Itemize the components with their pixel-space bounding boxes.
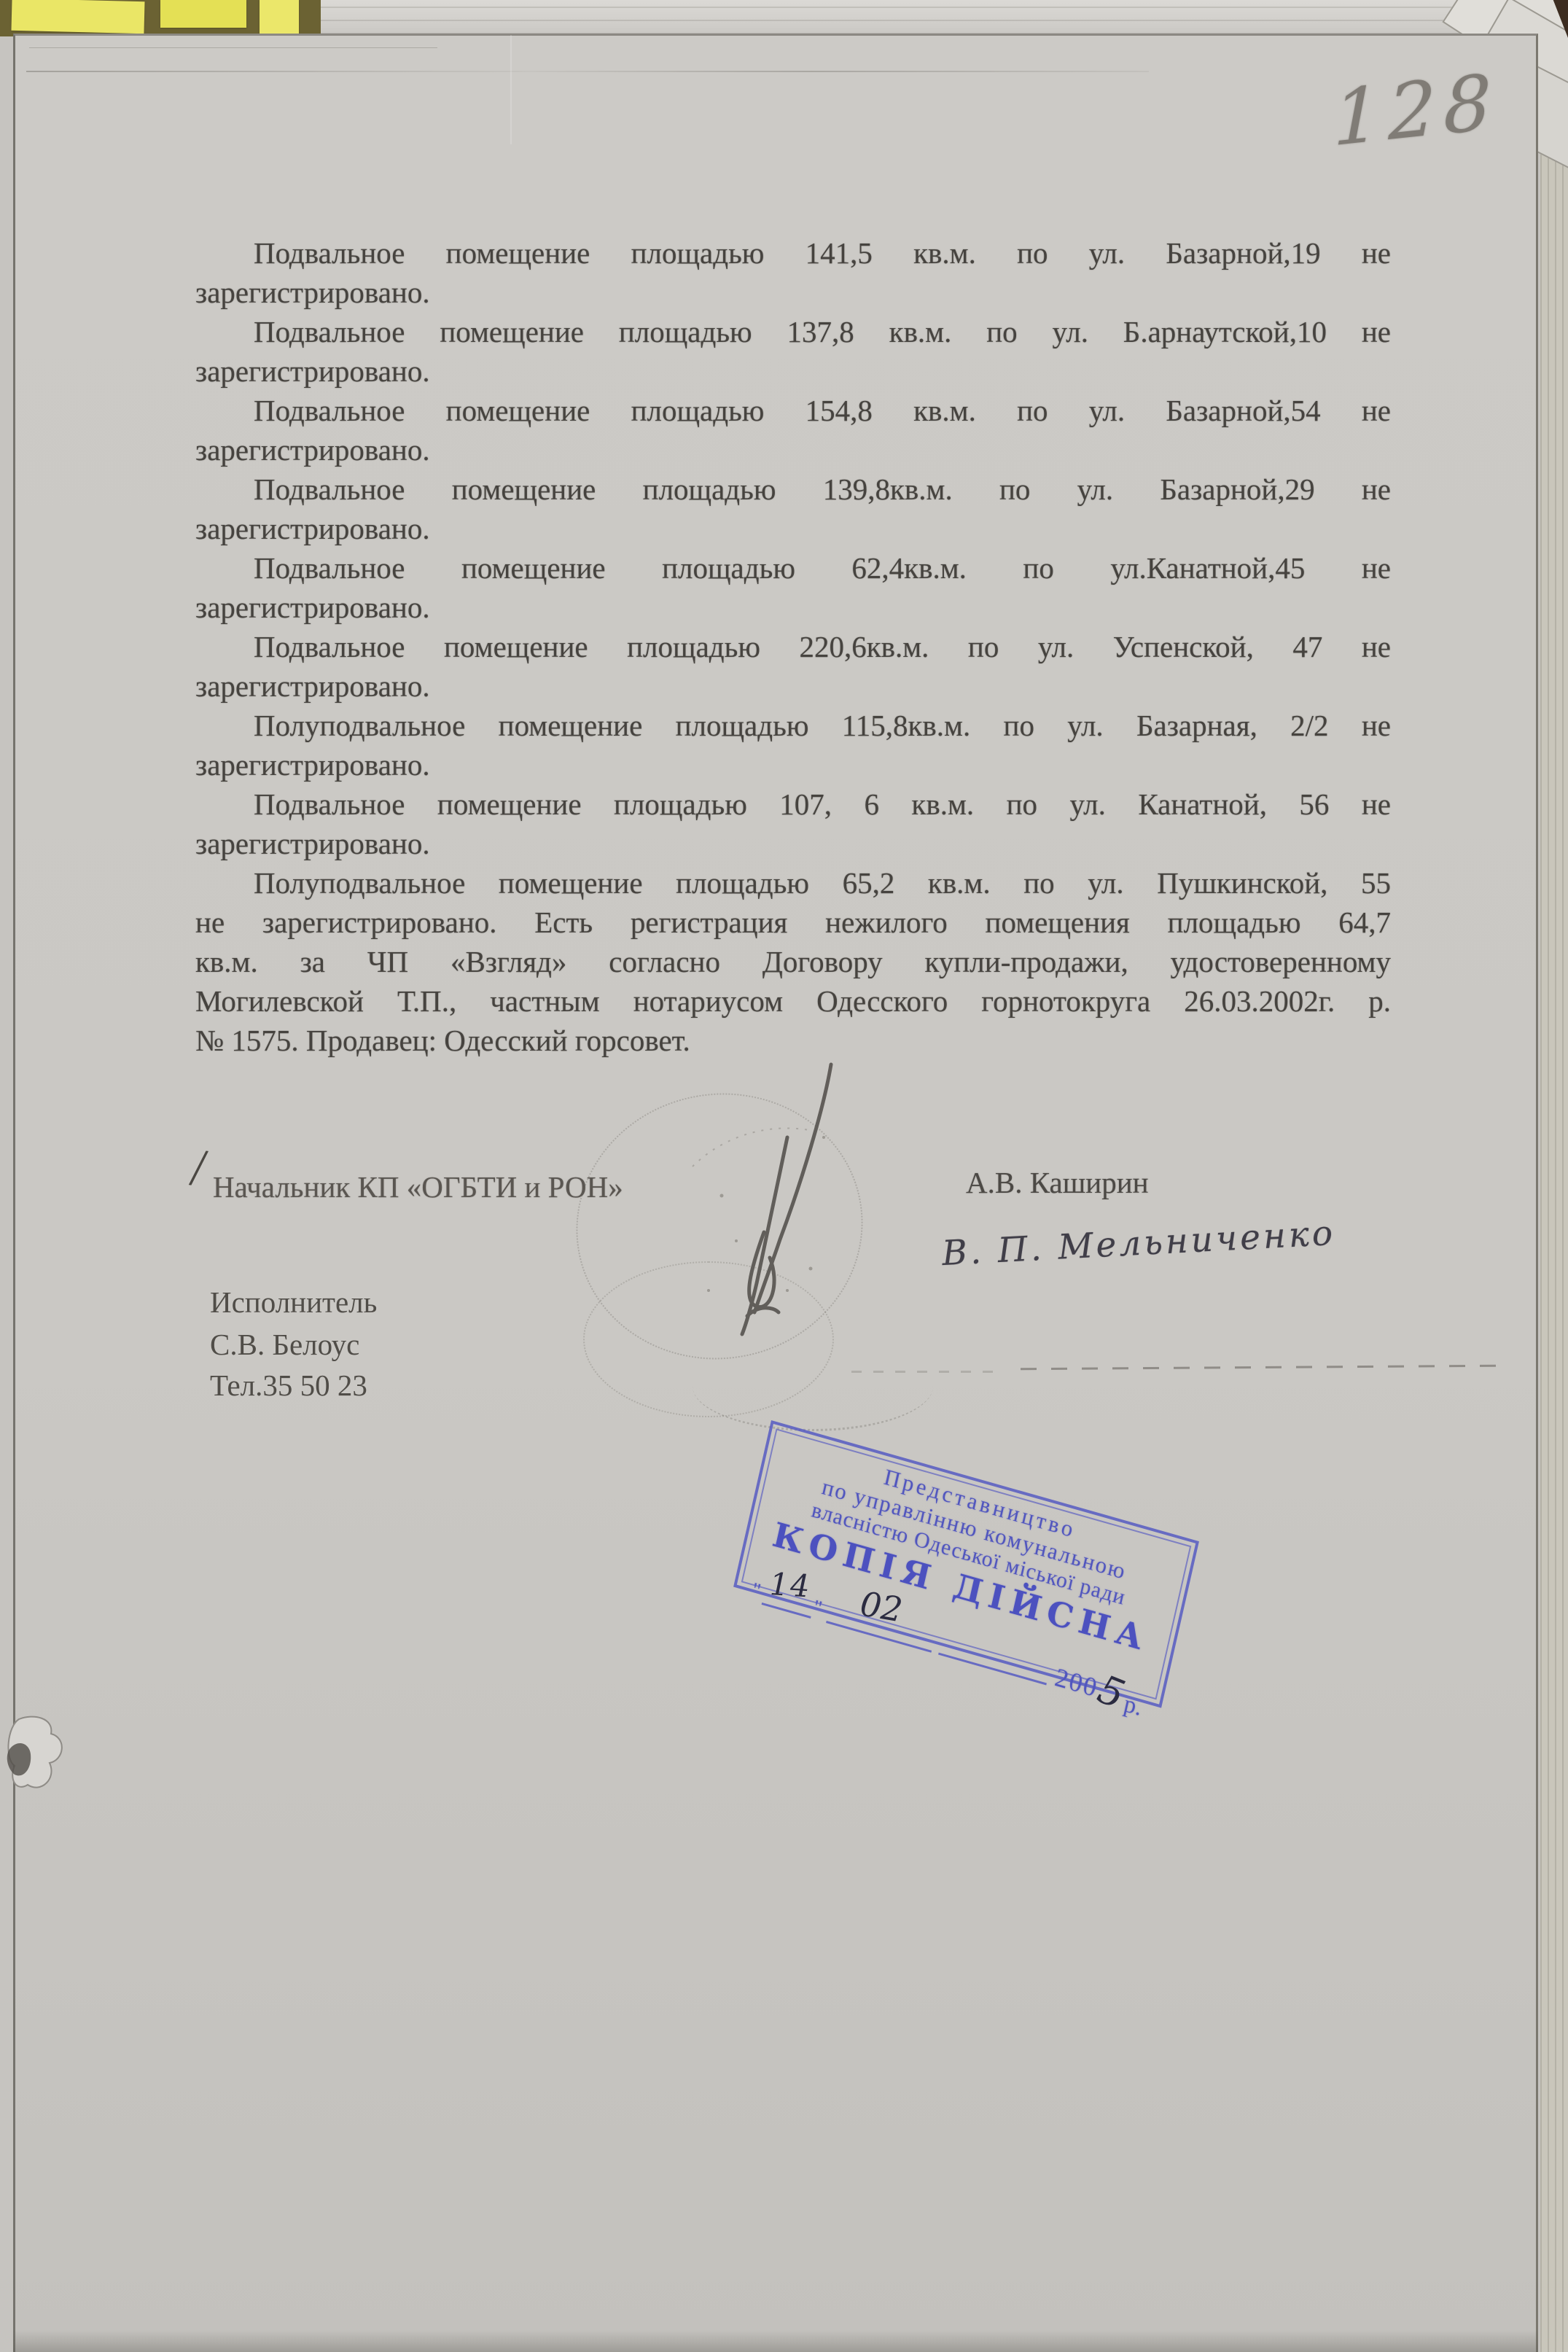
scan-hairline — [29, 47, 437, 48]
document-line: Полуподвальное помещение площадью 115,8к… — [195, 706, 1391, 745]
right-page-edge-streaks — [1540, 0, 1568, 2352]
executor-name: С.В. Белоус — [210, 1327, 359, 1362]
document-line: не зарегистрировано. Есть регистрация не… — [195, 903, 1391, 942]
stamp-quote-open: " — [749, 1578, 762, 1603]
document-line: Подвальное помещение площадью 62,4кв.м. … — [195, 548, 1391, 588]
document-line: зарегистрировано. — [195, 273, 1391, 312]
document-line: Подвальное помещение площадью 141,5 кв.м… — [195, 233, 1391, 273]
document-text: Подвальное помещение площадью 141,5 кв.м… — [195, 233, 1391, 1060]
scan-hairline — [26, 71, 1149, 72]
yellow-sticky-note — [11, 0, 144, 34]
paper-tear — [1, 1710, 74, 1801]
signer-title: Начальник КП «ОГБТИ и РОН» — [213, 1169, 623, 1204]
document-line: Полуподвальное помещение площадью 65,2 к… — [195, 863, 1391, 903]
document-line: зарегистрировано. — [195, 351, 1391, 391]
handwritten-month: 02 — [858, 1584, 905, 1630]
document-line: кв.м. за ЧП «Взгляд» согласно Договору к… — [195, 942, 1391, 981]
scanned-document-photo: 128 Подвальное помещение площадью 141,5 … — [0, 0, 1568, 2352]
document-line: зарегистрировано. — [195, 430, 1391, 470]
executor-label: Исполнитель — [210, 1285, 377, 1320]
document-line: Подвальное помещение площадью 220,6кв.м.… — [195, 627, 1391, 666]
yellow-sticky-note — [260, 0, 299, 34]
paper-crease — [510, 35, 512, 144]
sticky-notes-zone — [0, 0, 321, 36]
handwritten-day: 14 — [770, 1566, 812, 1605]
document-line: Подвальное помещение площадью 154,8 кв.м… — [195, 391, 1391, 430]
document-line: зарегистрировано. — [195, 509, 1391, 548]
document-line: зарегистрировано. — [195, 745, 1391, 784]
underlying-pages-edges — [313, 0, 1568, 36]
yellow-sticky-note — [160, 0, 246, 28]
document-line: зарегистрировано. — [195, 666, 1391, 706]
signer-name: А.В. Каширин — [966, 1165, 1149, 1200]
document-line: зарегистрировано. — [195, 588, 1391, 627]
handwritten-page-number: 128 — [1333, 57, 1499, 164]
document-line: Подвальное помещение площадью 107, 6 кв.… — [195, 784, 1391, 824]
executor-phone: Тел.35 50 23 — [210, 1368, 367, 1403]
document-line: зарегистрировано. — [195, 824, 1391, 863]
document-line: Подвальное помещение площадью 137,8 кв.м… — [195, 312, 1391, 351]
page-bottom-shadow — [13, 2330, 1538, 2352]
document-line: Могилевской Т.П., частным нотариусом Оде… — [195, 981, 1391, 1021]
document-line: Подвальное помещение площадью 139,8кв.м.… — [195, 470, 1391, 509]
faded-round-stamp-residue — [693, 1342, 933, 1431]
